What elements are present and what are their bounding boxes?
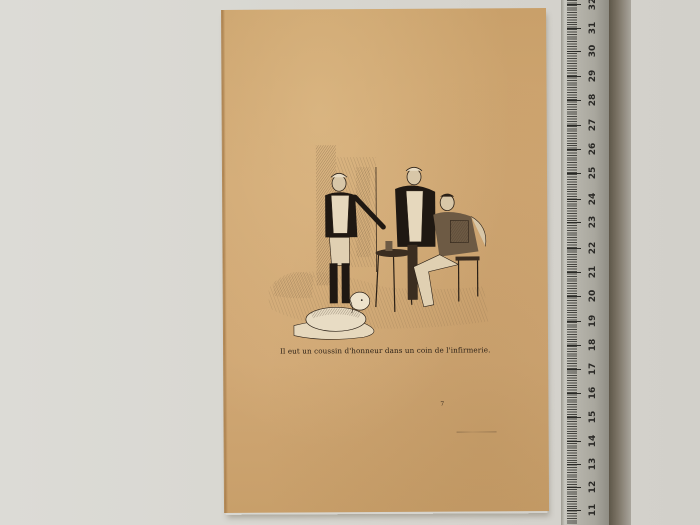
ruler-cm-label: 14 [587, 432, 599, 450]
ruler-cm-tick [567, 28, 581, 29]
ruler-cm-label: 21 [587, 263, 599, 281]
ruler-cm-tick [567, 296, 581, 297]
book-page: Il eut un coussin d'honneur dans un coin… [221, 8, 549, 513]
ruler-cm-tick [567, 417, 581, 418]
ruler-cm-label: 19 [587, 312, 599, 330]
ruler-cm-label: 24 [587, 190, 599, 208]
ruler-shadow [609, 0, 631, 525]
illustration-caption: Il eut un coussin d'honneur dans un coin… [280, 345, 490, 355]
ruler-cm-label: 15 [587, 408, 599, 426]
ruler-cm-tick [567, 345, 581, 346]
ruler-cm-tick [567, 441, 581, 442]
ruler [561, 0, 610, 525]
ruler-cm-label: 13 [587, 455, 599, 473]
ruler-cm-tick [567, 173, 581, 174]
ruler-cm-tick [567, 369, 581, 370]
ruler-cm-tick [567, 222, 581, 223]
ruler-cm-label: 18 [587, 336, 599, 354]
ruler-cm-label: 11 [587, 501, 599, 519]
ruler-cm-label: 32 [587, 0, 599, 13]
ruler-cm-label: 28 [587, 91, 599, 109]
photo-scene: Il eut un coussin d'honneur dans un coin… [0, 0, 700, 525]
ruler-cm-label: 17 [587, 360, 599, 378]
ruler-cm-tick [567, 393, 581, 394]
ruler-cm-tick [567, 464, 581, 465]
ruler-cm-tick [567, 510, 581, 511]
ruler-cm-label: 16 [587, 384, 599, 402]
ruler-cm-label: 23 [587, 213, 599, 231]
ruler-cm-label: 31 [587, 19, 599, 37]
ruler-cm-tick [567, 199, 581, 200]
soldiers-infirmary-engraving [263, 136, 494, 342]
ruler-cm-tick [567, 4, 581, 5]
ruler-cm-tick [567, 487, 581, 488]
ruler-cm-tick [567, 321, 581, 322]
ruler-cm-label: 27 [587, 116, 599, 134]
ruler-cm-label: 29 [587, 67, 599, 85]
ruler-cm-label: 20 [587, 287, 599, 305]
page-torn-edge [222, 10, 228, 513]
ruler-cm-tick [567, 272, 581, 273]
ruler-cm-tick [567, 125, 581, 126]
ruler-cm-label: 12 [587, 478, 599, 496]
ruler-cm-label: 22 [587, 239, 599, 257]
ruler-cm-label: 26 [587, 140, 599, 158]
ruler-cm-tick [567, 100, 581, 101]
ruler-cm-tick [567, 76, 581, 77]
ruler-cm-tick [567, 149, 581, 150]
ruler-cm-label: 30 [587, 42, 599, 60]
ruler-cm-label: 25 [587, 164, 599, 182]
engraving-illustration [263, 136, 494, 342]
ruler-cm-tick [567, 51, 581, 52]
page-number: 7 [440, 401, 444, 408]
ruler-cm-tick [567, 248, 581, 249]
faint-pencil-mark [457, 431, 497, 432]
